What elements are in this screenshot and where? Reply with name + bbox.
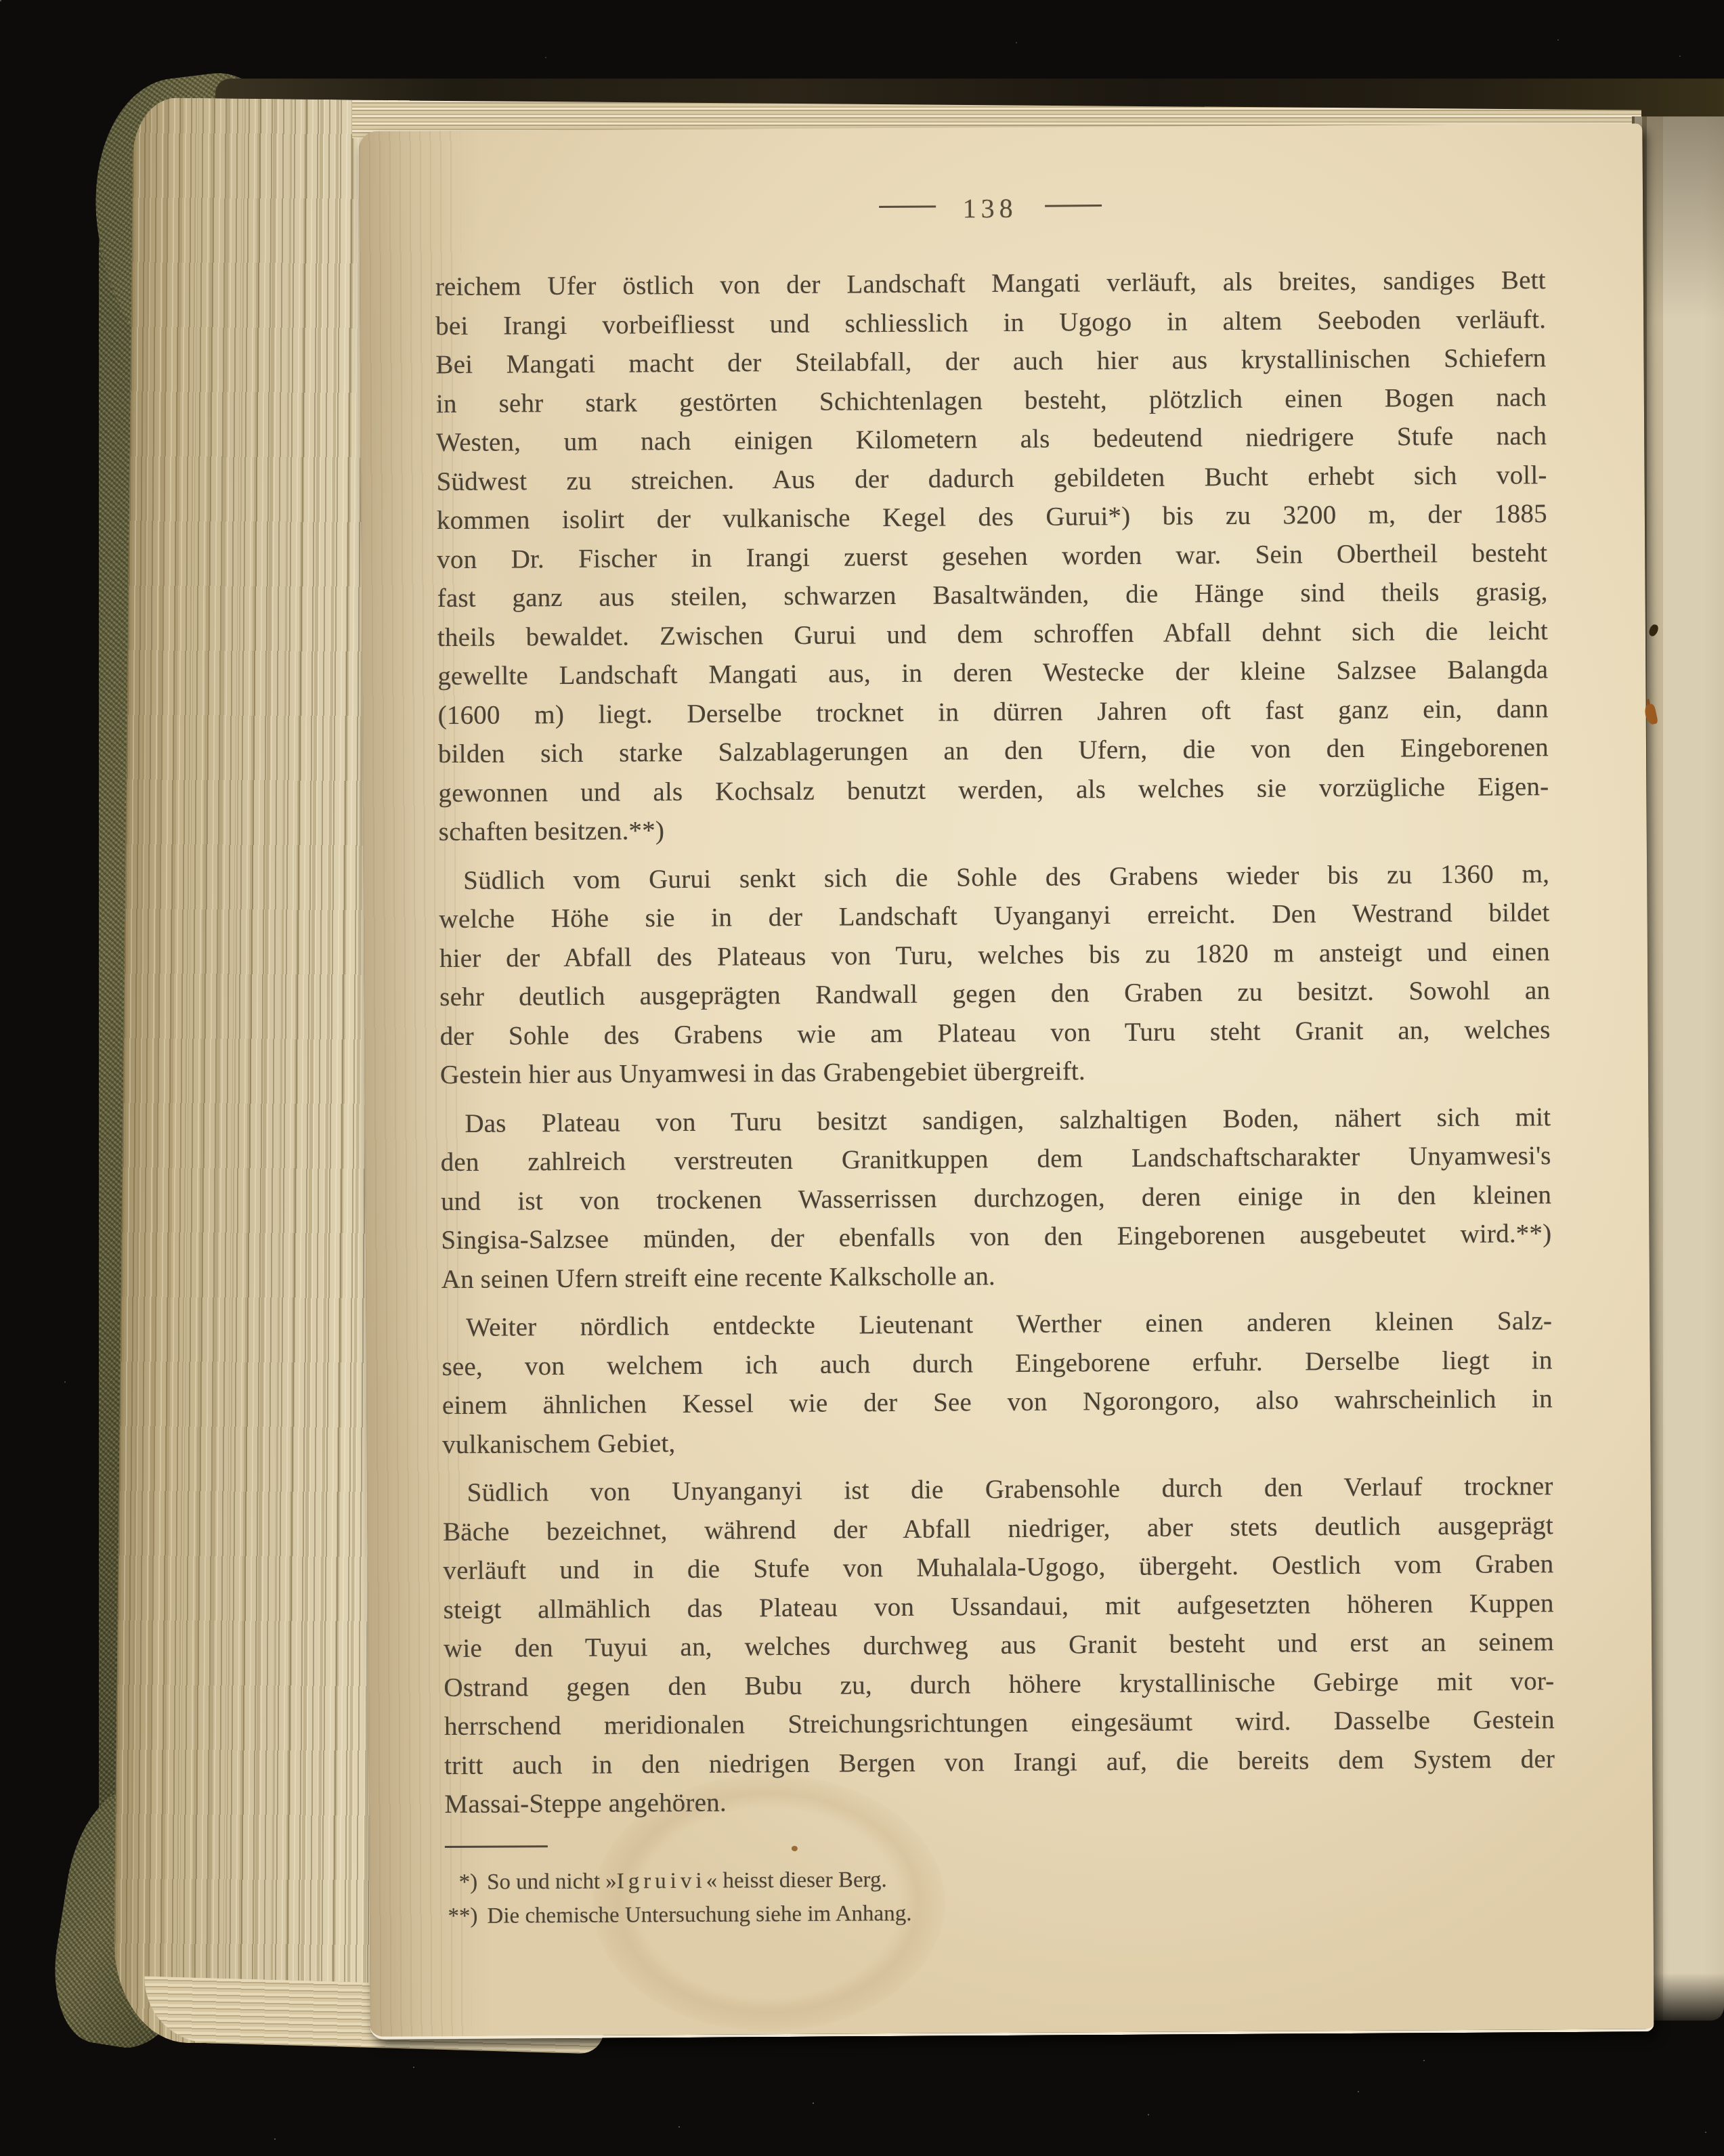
text-line: Das Plateau von Turu besitzt sandigen, s… xyxy=(440,1098,1551,1144)
footnote-rule xyxy=(445,1845,548,1848)
book-page: 138 reichem Ufer östlich von der Landsch… xyxy=(358,123,1654,2040)
text-line: Südwest zu streichen. Aus der dadurch ge… xyxy=(436,456,1547,502)
text-line: Westen, um nach einigen Kilometern als b… xyxy=(436,416,1547,462)
text-line: einem ähnlichen Kessel wie der See von N… xyxy=(442,1379,1553,1425)
text-line: reichem Ufer östlich von der Landschaft … xyxy=(435,261,1546,307)
paragraph: Weiter nördlich entdeckte Lieutenant Wer… xyxy=(441,1301,1553,1464)
photo-black-backdrop: { "document_type": "scanned antique book… xyxy=(0,0,1724,2156)
paragraph: Südlich vom Gurui senkt sich die Sohle d… xyxy=(439,855,1551,1095)
page-number: 138 xyxy=(958,193,1021,224)
paragraph: Südlich von Unyanganyi ist die Grabensoh… xyxy=(443,1467,1555,1824)
text-line: von Dr. Fischer in Irangi zuerst gesehen… xyxy=(437,534,1547,580)
text-block: reichem Ufer östlich von der Landschaft … xyxy=(435,261,1555,1824)
text-line: Südlich vom Gurui senkt sich die Sohle d… xyxy=(439,855,1549,901)
text-line: An seinen Ufern streift eine recente Kal… xyxy=(441,1253,1552,1299)
footnote: **)Die chemische Untersuchung siehe im A… xyxy=(445,1893,1555,1933)
footnote-text: So und nicht »Igruivi« heisst dieser Ber… xyxy=(487,1863,887,1899)
text-line: Singisa-Salzsee münden, der ebenfalls vo… xyxy=(441,1214,1551,1260)
text-line: verläuft und in die Stufe von Muhalala-U… xyxy=(443,1545,1553,1591)
text-line: den zahlreich verstreuten Granitkuppen d… xyxy=(441,1136,1551,1182)
footnote-text: Die chemische Untersuchung siehe im Anha… xyxy=(487,1896,911,1933)
footnote-marker: **) xyxy=(445,1899,487,1933)
text-line: herrschend meridionalen Streichungsricht… xyxy=(444,1700,1555,1746)
dust-specks xyxy=(0,0,1,1)
text-line: steigt allmählich das Plateau von Ussand… xyxy=(444,1584,1554,1630)
page-header: 138 xyxy=(435,189,1545,228)
text-line: tritt auch in den niedrigen Bergen von I… xyxy=(444,1740,1555,1786)
text-line: gewellte Landschaft Mangati aus, in dere… xyxy=(437,650,1548,696)
text-line: kommen isolirt der vulkanische Kegel des… xyxy=(437,494,1547,540)
text-line: wie den Tuyui an, welches durchweg aus G… xyxy=(444,1622,1554,1668)
paragraph: reichem Ufer östlich von der Landschaft … xyxy=(435,261,1549,852)
text-line: vulkanischem Gebiet, xyxy=(442,1419,1553,1465)
paragraph: Das Plateau von Turu besitzt sandigen, s… xyxy=(440,1098,1552,1299)
text-line: see, von welchem ich auch durch Eingebor… xyxy=(441,1341,1552,1387)
text-line: Massai-Steppe angehören. xyxy=(444,1778,1555,1824)
text-line: fast ganz aus steilen, schwarzen Basaltw… xyxy=(437,572,1547,618)
text-line: Weiter nördlich entdeckte Lieutenant Wer… xyxy=(441,1301,1552,1347)
text-line: hier der Abfall des Plateaus von Turu, w… xyxy=(439,932,1550,978)
text-line: Bäche bezeichnet, während der Abfall nie… xyxy=(443,1506,1553,1552)
text-line: und ist von trockenen Wasserrissen durch… xyxy=(441,1176,1551,1222)
text-line: Bei Mangati macht der Steilabfall, der a… xyxy=(435,339,1546,385)
text-line: theils bewaldet. Zwischen Gurui und dem … xyxy=(437,611,1548,657)
footnotes: *)So und nicht »Igruivi« heisst dieser B… xyxy=(445,1859,1556,1933)
header-dash-right xyxy=(1045,204,1102,207)
text-line: der Sohle des Grabens wie am Plateau von… xyxy=(439,1010,1550,1056)
text-line: schaften besitzen.**) xyxy=(439,806,1549,852)
text-line: Gestein hier aus Unyamwesi in das Graben… xyxy=(440,1049,1551,1095)
text-line: bilden sich starke Salzablagerungen an d… xyxy=(438,728,1549,774)
text-line: in sehr stark gestörten Schichtenlagen b… xyxy=(436,378,1547,424)
header-dash-left xyxy=(879,206,936,209)
text-line: sehr deutlich ausgeprägten Randwall gege… xyxy=(439,971,1550,1017)
text-line: Ostrand gegen den Bubu zu, durch höhere … xyxy=(444,1662,1554,1708)
text-line: Südlich von Unyanganyi ist die Grabensoh… xyxy=(443,1467,1553,1513)
text-line: gewonnen und als Kochsalz benutzt werden… xyxy=(438,767,1549,813)
text-line: welche Höhe sie in der Landschaft Uyanga… xyxy=(439,893,1549,939)
text-line: (1600 m) liegt. Derselbe trocknet in dür… xyxy=(438,689,1549,735)
book-photo: 138 reichem Ufer östlich von der Landsch… xyxy=(0,0,1724,2156)
page-content: 138 reichem Ufer östlich von der Landsch… xyxy=(358,123,1654,2037)
text-line: bei Irangi vorbeifliesst und schliesslic… xyxy=(435,300,1546,346)
footnote-marker: *) xyxy=(445,1865,487,1899)
